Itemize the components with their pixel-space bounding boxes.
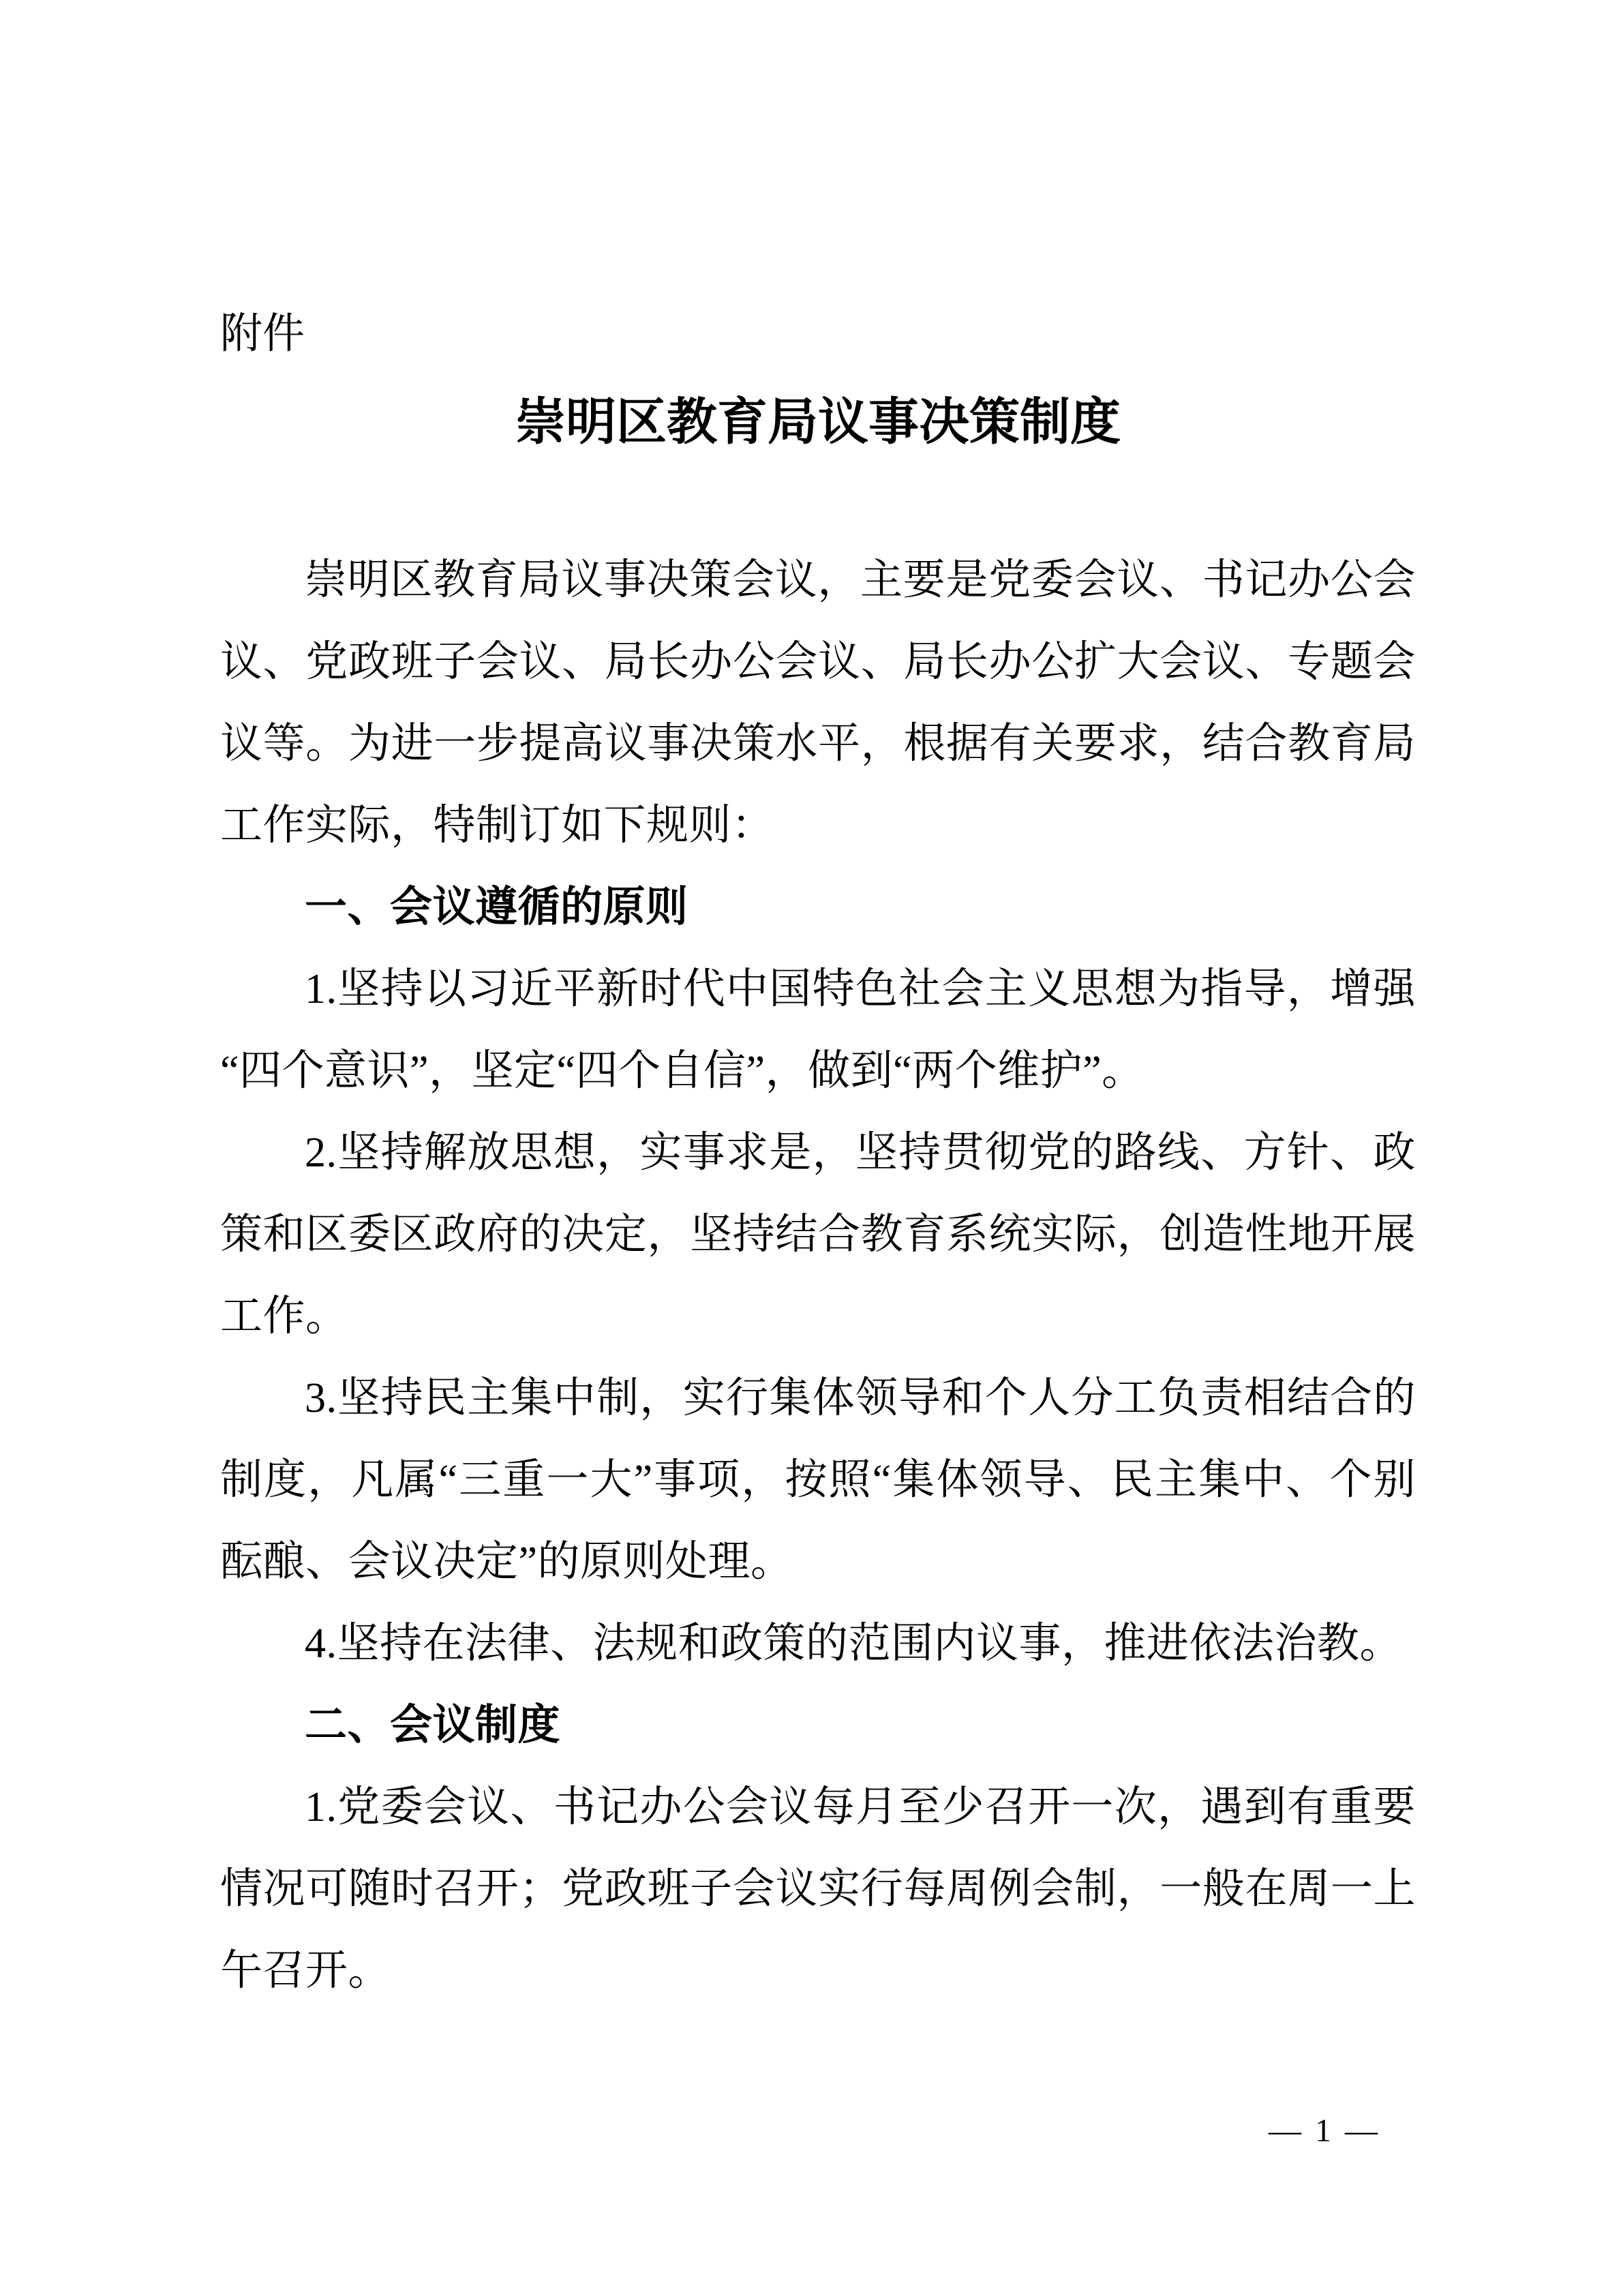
intro-paragraph: 崇明区教育局议事决策会议，主要是党委会议、书记办公会议、党政班子会议、局长办公会… xyxy=(220,539,1416,866)
section-1-item-4: 4.坚持在法律、法规和政策的范围内议事，推进依法治教。 xyxy=(220,1603,1416,1685)
section-1-heading: 一、会议遵循的原则 xyxy=(220,866,1416,948)
attachment-label: 附件 xyxy=(220,293,1416,375)
document-content: 附件 崇明区教育局议事决策制度 崇明区教育局议事决策会议，主要是党委会议、书记办… xyxy=(220,293,1416,2012)
section-1-item-3: 3.坚持民主集中制，实行集体领导和个人分工负责相结合的制度，凡属“三重一大”事项… xyxy=(220,1357,1416,1603)
section-1-item-2: 2.坚持解放思想，实事求是，坚持贯彻党的路线、方针、政策和区委区政府的决定，坚持… xyxy=(220,1112,1416,1357)
section-2-heading: 二、会议制度 xyxy=(220,1685,1416,1766)
document-title: 崇明区教育局议事决策制度 xyxy=(220,375,1416,470)
document-page: 附件 崇明区教育局议事决策制度 崇明区教育局议事决策会议，主要是党委会议、书记办… xyxy=(0,0,1623,2296)
page-number: — 1 — xyxy=(1269,2111,1380,2151)
section-2-item-1: 1.党委会议、书记办公会议每月至少召开一次，遇到有重要情况可随时召开；党政班子会… xyxy=(220,1766,1416,2012)
section-1-item-1: 1.坚持以习近平新时代中国特色社会主义思想为指导，增强“四个意识”，坚定“四个自… xyxy=(220,948,1416,1112)
